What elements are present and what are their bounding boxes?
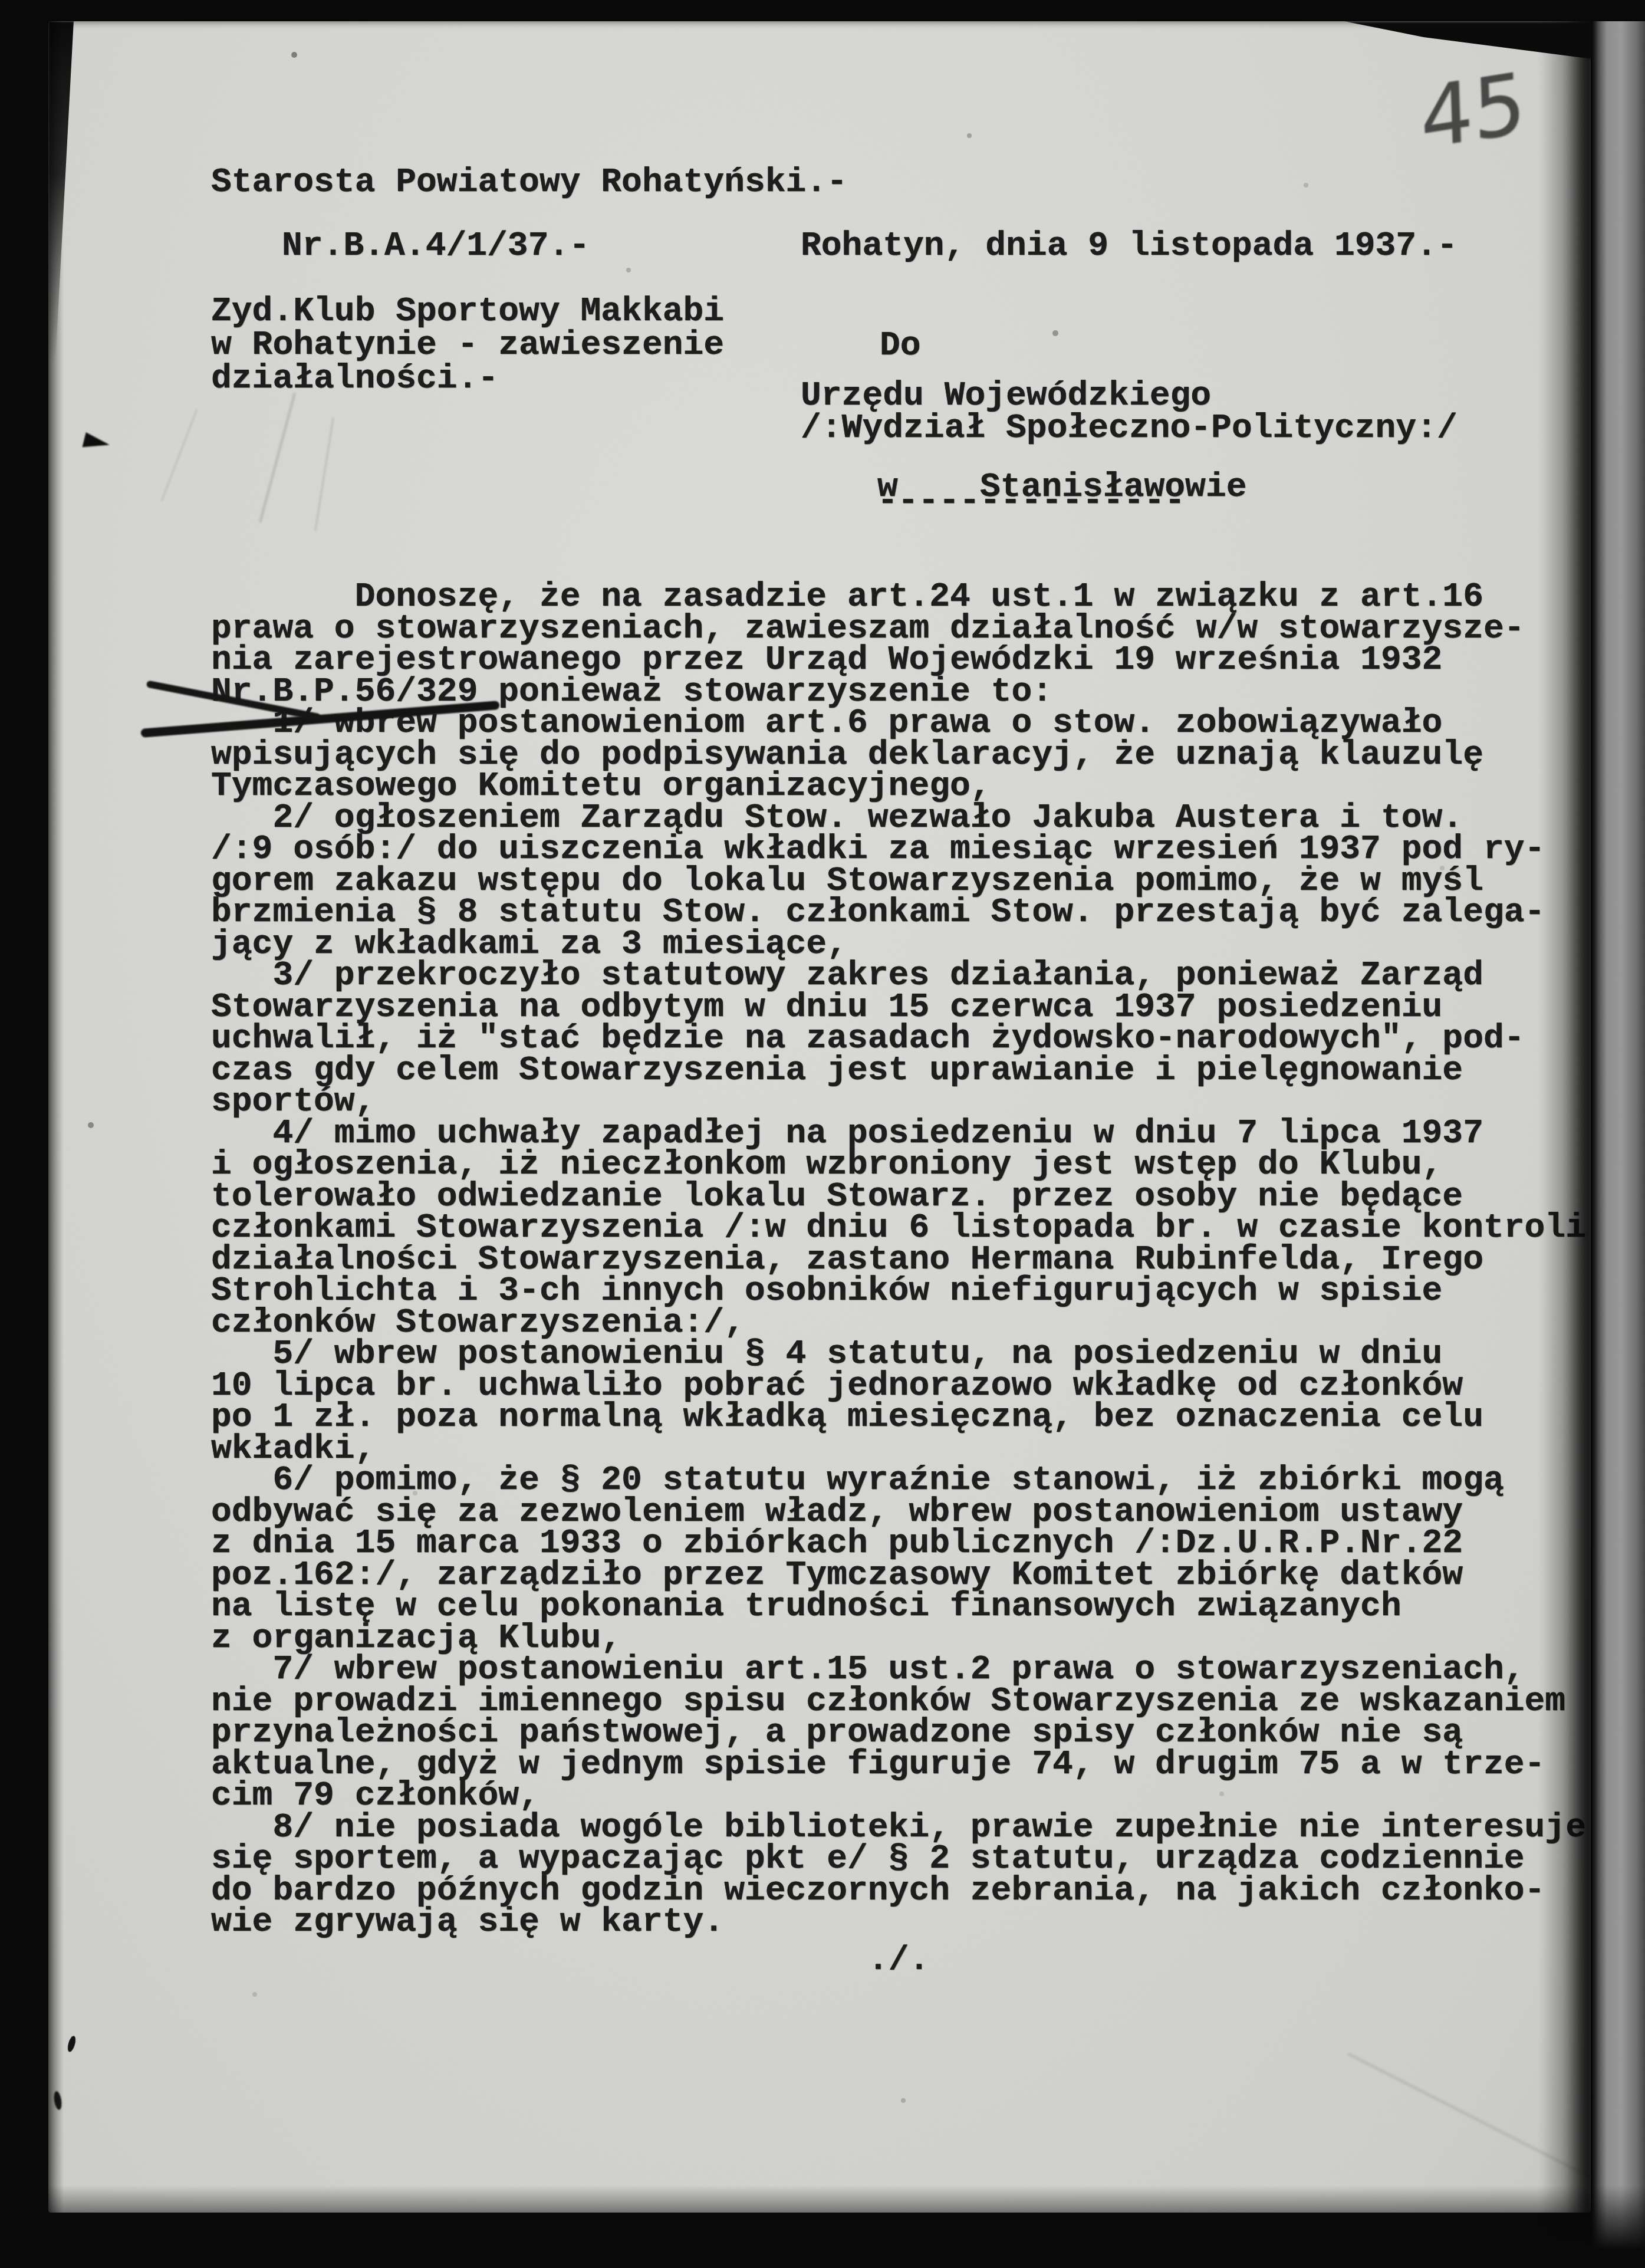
typewritten-line: tolerowało odwiedzanie lokalu Stowarz. p…: [211, 1181, 1586, 1213]
scanned-document: 45 Starosta Powiatowy Rohatyński.- Nr.B.…: [0, 0, 1645, 2268]
subject-line-2: w Rohatynie - zawieszenie: [211, 329, 724, 363]
typewritten-line: Strohlichta i 3-ch innych osobników nief…: [211, 1276, 1586, 1307]
typewritten-line: 2/ ogłoszeniem Zarządu Stow. wezwało Jak…: [211, 803, 1586, 834]
typewritten-line: aktualne, gdyż w jednym spisie figuruje …: [211, 1749, 1586, 1781]
recipient-address-line-1: Urzędu Wojewódzkiego: [801, 380, 1211, 412]
typewritten-line: po 1 zł. poza normalną wkładką miesięczn…: [211, 1402, 1586, 1434]
typewritten-line: przynależności państwowej, a prowadzone …: [211, 1717, 1586, 1749]
sender-line: Starosta Powiatowy Rohatyński.-: [211, 167, 847, 199]
typewritten-line: nie prowadzi imiennego spisu członków St…: [211, 1686, 1586, 1718]
scan-left-shadow: [48, 21, 64, 2213]
typewritten-line: cim 79 członków,: [211, 1780, 1586, 1812]
typewritten-line: uchwalił, iż "stać będzie na zasadach ży…: [211, 1023, 1586, 1055]
typewritten-line: odbywać się za zezwoleniem władz, wbrew …: [211, 1497, 1586, 1529]
typewritten-line: wie zgrywają się w karty.: [211, 1907, 1586, 1938]
typewritten-line: działalności Stowarzyszenia, zastano Her…: [211, 1244, 1586, 1276]
typewritten-line: gorem zakazu wstępu do lokalu Stowarzysz…: [211, 866, 1586, 898]
typewritten-line: 8/ nie posiada wogóle biblioteki, prawie…: [211, 1812, 1586, 1844]
typewritten-line: z organizacją Klubu,: [211, 1623, 1586, 1655]
typewritten-line: czas gdy celem Stowarzyszenia jest upraw…: [211, 1055, 1586, 1087]
typewritten-line: z dnia 15 marca 1933 o zbiórkach publicz…: [211, 1528, 1586, 1560]
closing-mark: ./.: [868, 1945, 929, 1977]
typewritten-line: Tymczasowego Komitetu organizacyjnego,: [211, 771, 1586, 803]
typewritten-line: Stowarzyszenia na odbytym w dniu 15 czer…: [211, 992, 1586, 1024]
typewritten-line: 10 lipca br. uchwaliło pobrać jednorazow…: [211, 1370, 1586, 1402]
typewritten-line: Nr.B.P.56/329 ponieważ stowarzyszenie to…: [211, 676, 1586, 708]
typewritten-line: prawa o stowarzyszeniach, zawieszam dzia…: [211, 613, 1586, 645]
typewritten-line: się sportem, a wypaczając pkt e/ § 2 sta…: [211, 1843, 1586, 1875]
subject-line-1: Zyd.Klub Sportowy Makkabi: [211, 295, 724, 329]
typewritten-line: 3/ przekroczyło statutowy zakres działan…: [211, 960, 1586, 992]
typewritten-line: członków Stowarzyszenia:/,: [211, 1307, 1586, 1339]
scan-top-edge: [0, 0, 1645, 21]
typewritten-line: wkładki,: [211, 1434, 1586, 1465]
typewritten-line: do bardzo późnych godzin wieczornych zeb…: [211, 1875, 1586, 1907]
recipient-to-label: Do: [880, 330, 921, 362]
typewritten-line: sportów,: [211, 1086, 1586, 1118]
typewritten-line: 4/ mimo uchwały zapadłej na posiedzeniu …: [211, 1118, 1586, 1150]
typewritten-line: wpisujących się do podpisywania deklarac…: [211, 739, 1586, 771]
letter-body: Donoszę, że na zasadzie art.24 ust.1 w z…: [211, 581, 1586, 1938]
typewritten-line: /:9 osób:/ do uiszczenia wkładki za mies…: [211, 834, 1586, 866]
typewritten-line: 7/ wbrew postanowieniu art.15 ust.2 praw…: [211, 1654, 1586, 1686]
scan-right-edge: [1592, 0, 1645, 2268]
subject-line-3: działalności.-: [211, 363, 498, 396]
place-and-date: Rohatyn, dnia 9 listopada 1937.-: [801, 231, 1458, 262]
typewritten-line: i ogłoszenia, iż nieczłonkom wzbroniony …: [211, 1149, 1586, 1181]
typewritten-line: poz.162:/, zarządziło przez Tymczasowy K…: [211, 1560, 1586, 1592]
typewritten-line: 6/ pomimo, że § 20 statutu wyraźnie stan…: [211, 1465, 1586, 1497]
handwritten-page-number: 45: [1419, 61, 1527, 162]
recipient-underline: ---------------: [877, 486, 1185, 518]
typewritten-line: nia zarejestrowanego przez Urząd Wojewód…: [211, 645, 1586, 676]
typewritten-line: 5/ wbrew postanowieniu § 4 statutu, na p…: [211, 1339, 1586, 1370]
typewritten-line: członkami Stowarzyszenia /:w dniu 6 list…: [211, 1212, 1586, 1244]
typewritten-line: na listę w celu pokonania trudności fina…: [211, 1591, 1586, 1623]
typewritten-line: Donoszę, że na zasadzie art.24 ust.1 w z…: [211, 581, 1586, 613]
reference-number: Nr.B.A.4/1/37.-: [282, 231, 590, 262]
typewritten-line: brzmienia § 8 statutu Stow. członkami St…: [211, 897, 1586, 929]
recipient-address-line-2: /:Wydział Społeczno-Polityczny:/: [801, 413, 1458, 445]
typewritten-line: jący z wkładkami za 3 miesiące,: [211, 929, 1586, 961]
paper-right-crease: [1540, 0, 1594, 2268]
scan-bottom-edge: [0, 2185, 1645, 2268]
